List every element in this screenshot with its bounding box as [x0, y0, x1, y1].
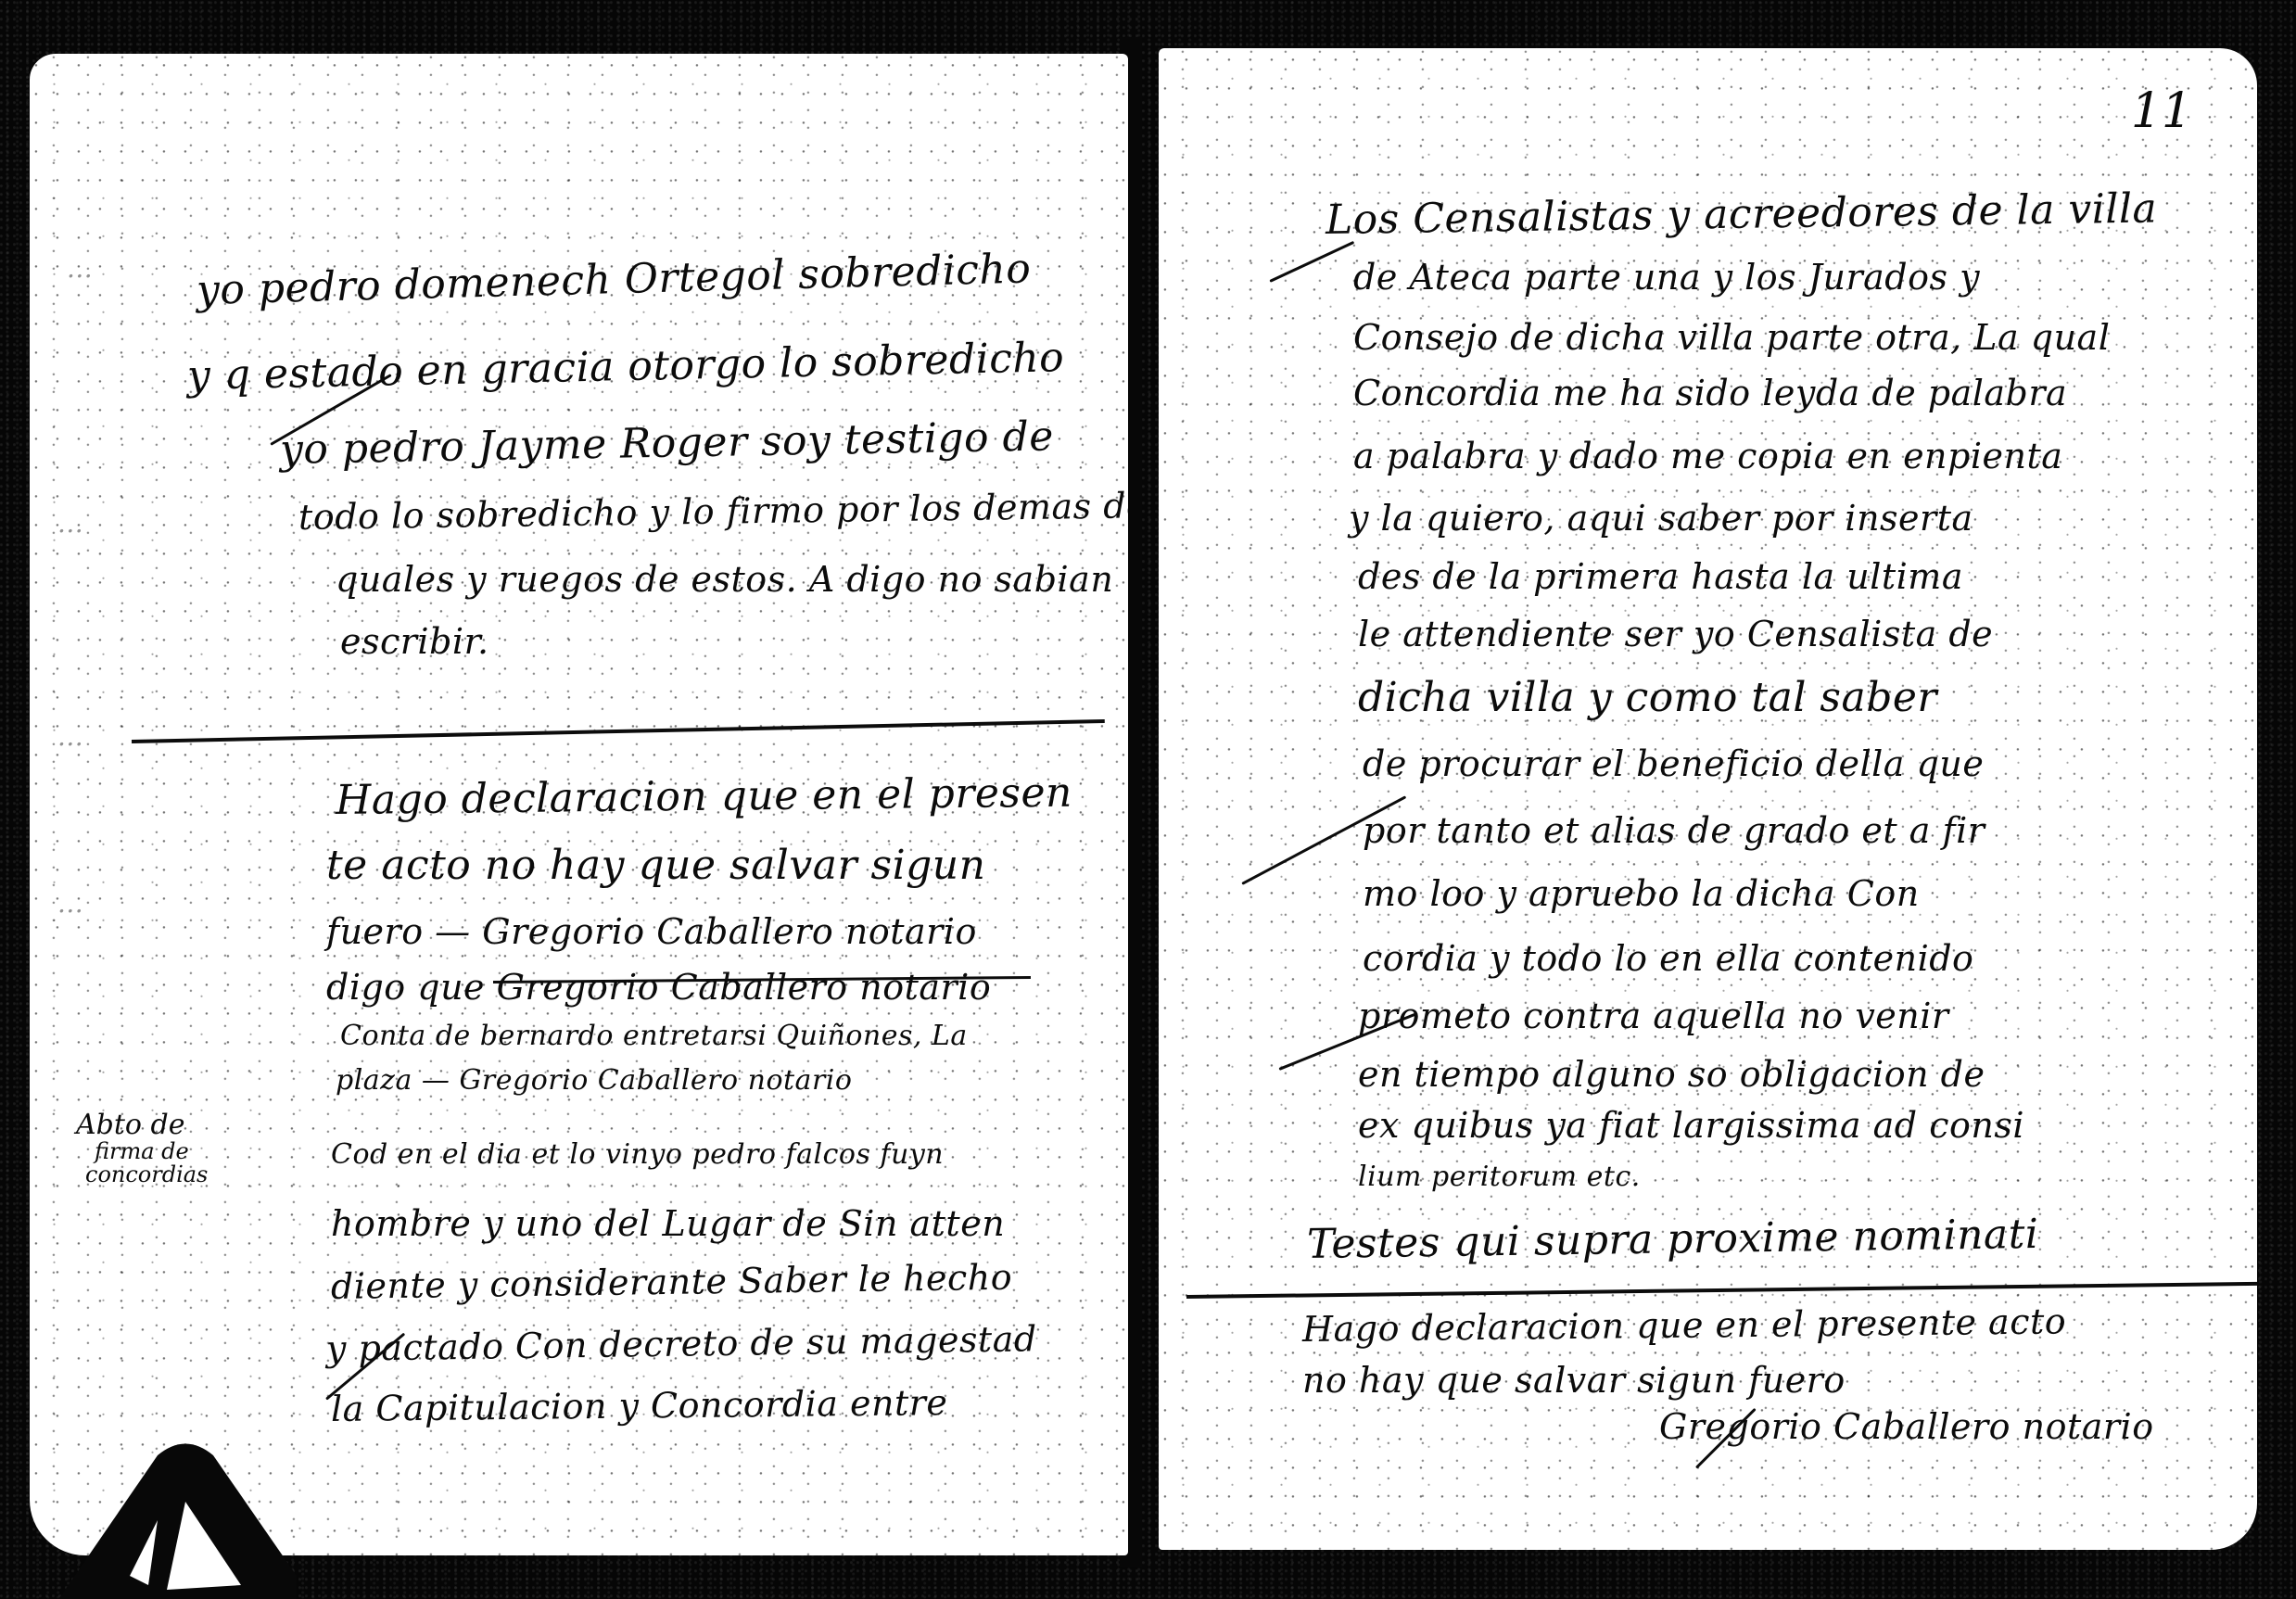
bleed-through-text: ...: [57, 508, 83, 539]
section-divider-rule: [1186, 1282, 2257, 1299]
right-page: 11 Los Censalistas y acreedores de la vi…: [1159, 48, 2257, 1550]
manuscript-line: escribir.: [340, 621, 489, 662]
manuscript-line: Cod en el dia et lo vinyo pedro falcos f…: [331, 1138, 944, 1171]
notary-signature: Gregorio Caballero notario: [1659, 1406, 2154, 1447]
manuscript-line: Concordia me ha sido leyda de palabra: [1353, 373, 2067, 413]
manuscript-line: en tiempo alguno so obligacion de: [1358, 1054, 1985, 1095]
section-divider-rule: [132, 719, 1105, 743]
manuscript-line: ex quibus ya fiat largissima ad consi: [1358, 1105, 2024, 1146]
manuscript-line: y la quiero, aqui saber por inserta: [1349, 498, 1973, 539]
manuscript-line: todo lo sobredicho y lo firmo por los de…: [298, 485, 1128, 538]
manuscript-line: Testes qui supra proxime nominati: [1307, 1211, 2039, 1268]
bleed-through-text: ...: [57, 888, 83, 919]
manuscript-line: te acto no hay que salvar sigun: [326, 842, 986, 889]
manuscript-line: quales y ruegos de estos. A digo no sabi…: [336, 559, 1113, 600]
manuscript-line: de procurar el beneficio della que: [1363, 743, 1984, 784]
manuscript-line: mo loo y apruebo la dicha Con: [1363, 873, 1920, 914]
manuscript-line: prometo contra aquella no venir: [1358, 996, 1949, 1036]
margin-note-line: Abto de: [76, 1110, 208, 1140]
manuscript-line: lium peritorum etc.: [1358, 1161, 1641, 1193]
folio-number: 11: [2131, 83, 2192, 139]
manuscript-line: digo que Gregorio Caballero notario: [326, 967, 991, 1008]
manuscript-line: Los Censalistas y acreedores de la villa: [1326, 184, 2158, 244]
manuscript-line: Hago declaracion que en el presen: [336, 769, 1072, 824]
manuscript-line: y pactado Con decreto de su magestad: [326, 1318, 1037, 1369]
binding-corner-mark: [56, 1390, 297, 1599]
manuscript-line: por tanto et alias de grado et a fir: [1363, 810, 1985, 851]
manuscript-line: de Ateca parte una y los Jurados y: [1353, 257, 1980, 298]
manuscript-line: dicha villa y como tal saber: [1358, 674, 1937, 721]
manuscript-line: no hay que salvar sigun fuero: [1302, 1360, 1846, 1401]
manuscript-line: la Capitulacion y Concordia entre: [331, 1382, 948, 1429]
manuscript-line: hombre y uno del Lugar de Sin atten: [331, 1203, 1005, 1244]
manuscript-line: plaza — Gregorio Caballero notario: [336, 1064, 852, 1097]
manuscript-line: y q estado en gracia otorgo lo sobredich…: [186, 334, 1064, 400]
manuscript-line: Hago declaracion que en el presente acto: [1302, 1301, 2067, 1350]
manuscript-line: le attendiente ser yo Censalista de: [1358, 614, 1993, 654]
manuscript-line: des de la primera hasta la ultima: [1358, 556, 1963, 597]
manuscript-line: Consejo de dicha villa parte otra, La qu…: [1353, 317, 2110, 358]
manuscript-line: fuero — Gregorio Caballero notario: [326, 911, 977, 952]
left-page: ... ... ... ... yo pedro domenech Ortego…: [30, 54, 1128, 1555]
margin-note-line: firma de: [95, 1140, 208, 1163]
margin-note-line: concordias: [85, 1163, 208, 1187]
manuscript-line: yo pedro Jayme Roger soy testigo de: [280, 412, 1055, 474]
margin-note: Abto de firma de concordias: [76, 1110, 208, 1187]
bleed-through-text: ...: [57, 721, 83, 752]
manuscript-line: diente y considerante Saber le hecho: [331, 1257, 1013, 1307]
manuscript-line: a palabra y dado me copia en enpienta: [1353, 436, 2062, 476]
pen-flourish: [1269, 241, 1354, 283]
bleed-through-text: ...: [67, 253, 93, 284]
manuscript-line: cordia y todo lo en ella contenido: [1363, 938, 1973, 979]
manuscript-line: Conta de bernardo entretarsi Quiñones, L…: [340, 1020, 968, 1052]
manuscript-line: yo pedro domenech Ortegol sobredicho: [196, 245, 1032, 314]
